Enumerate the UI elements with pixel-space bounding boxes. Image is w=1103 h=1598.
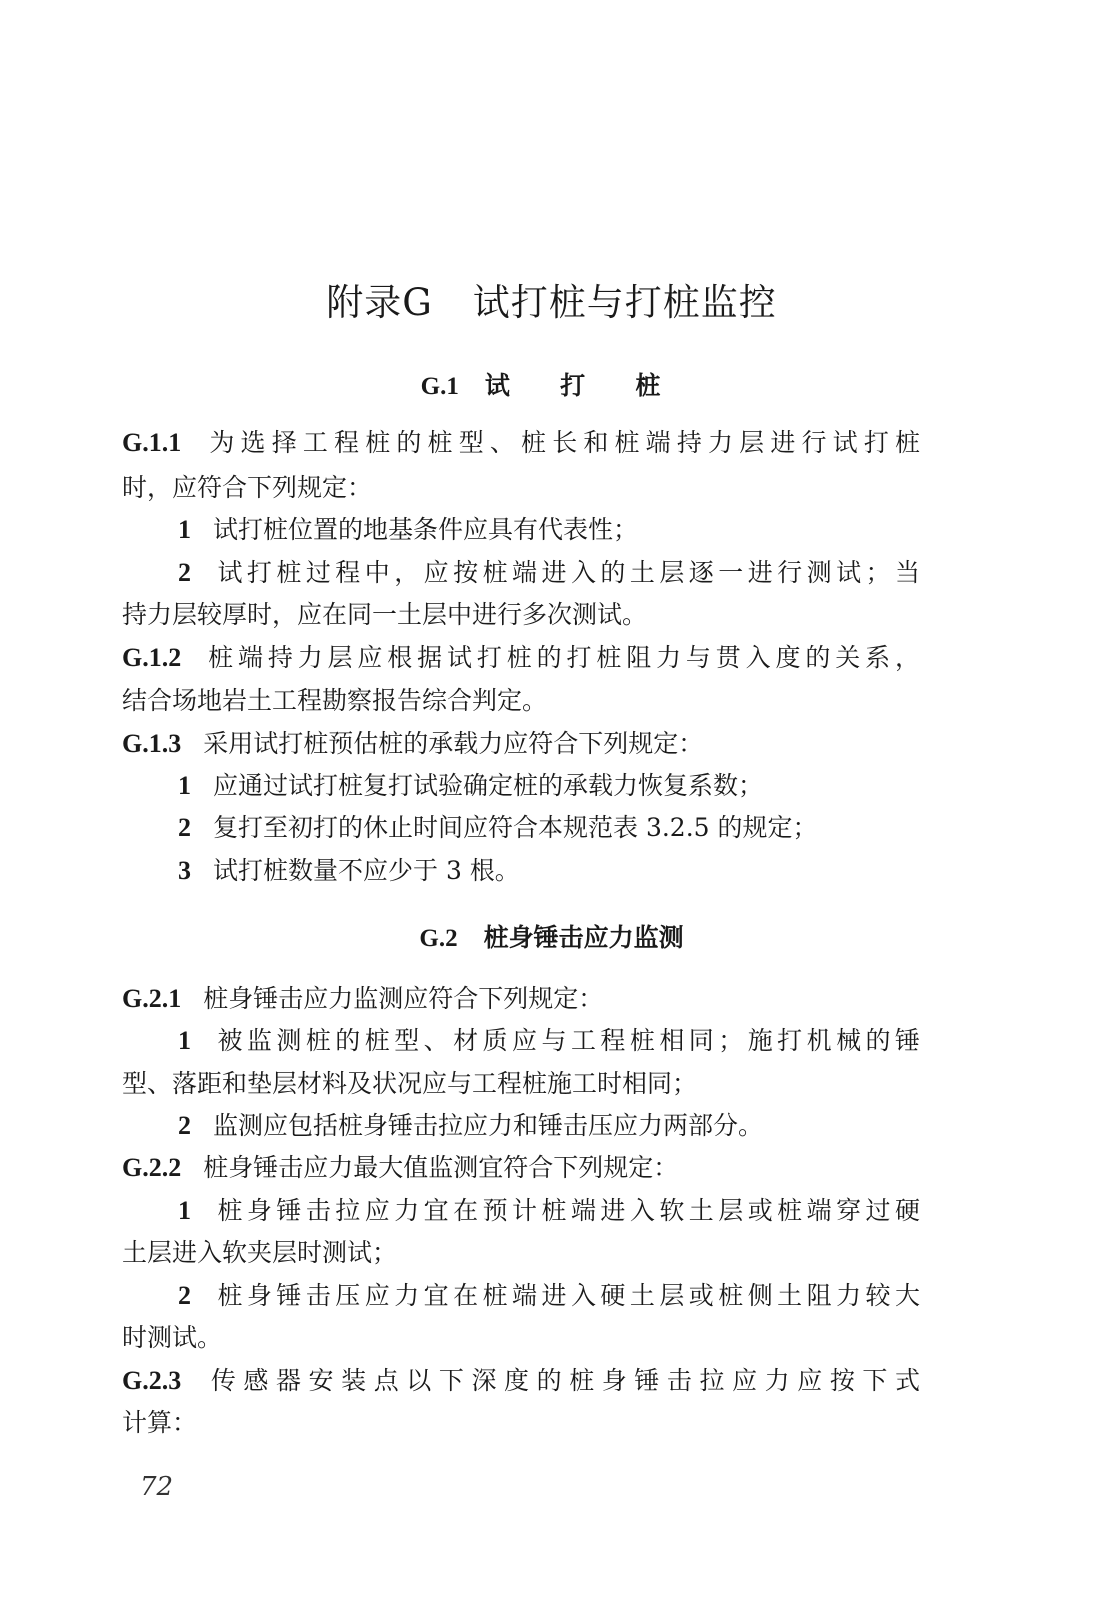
item-g1-1-2: 2试打桩过程中，应按桩端进入的土层逐一进行测试；当 — [178, 558, 920, 588]
clause-number: G.2.2 — [122, 1153, 181, 1182]
clause-g2-1: G.2.1桩身锤击应力监测应符合下列规定： — [122, 984, 922, 1014]
clause-text: 为选择工程桩的桩型、桩长和桩端持力层进行试打桩 — [203, 428, 920, 457]
item-number: 2 — [178, 1281, 191, 1310]
section-number: G.2 — [419, 925, 457, 952]
item-number: 2 — [178, 1111, 191, 1140]
item-g2-1-1-cont: 型、落距和垫层材料及状况应与工程桩施工时相同； — [122, 1069, 922, 1099]
clause-g2-2: G.2.2桩身锤击应力最大值监测宜符合下列规定： — [122, 1153, 922, 1183]
clause-number: G.2.3 — [122, 1366, 181, 1395]
page-number: 72 — [140, 1472, 173, 1502]
section-title-text: 试 打 桩 — [485, 373, 683, 400]
clause-text: 桩身锤击应力最大值监测宜符合下列规定： — [203, 1153, 678, 1182]
appendix-label: 附录G — [326, 281, 433, 324]
item-g1-3-1: 1应通过试打桩复打试验确定桩的承载力恢复系数； — [178, 771, 978, 801]
item-number: 2 — [178, 558, 191, 587]
item-g1-3-2: 2复打至初打的休止时间应符合本规范表 3.2.5 的规定； — [178, 813, 978, 843]
clause-g2-3-cont: 计算： — [122, 1408, 922, 1438]
item-text: 试打桩位置的地基条件应具有代表性； — [213, 515, 638, 544]
clause-text: 桩端持力层应根据试打桩的打桩阻力与贯入度的关系， — [203, 643, 920, 672]
item-g2-2-2: 2桩身锤击压应力宜在桩端进入硬土层或桩侧土阻力较大 — [178, 1281, 920, 1311]
clause-g1-2-cont: 结合场地岩土工程勘察报告综合判定。 — [122, 686, 922, 716]
item-text: 应通过试打桩复打试验确定桩的承载力恢复系数； — [213, 771, 763, 800]
item-text: 桩身锤击拉应力宜在预计桩端进入软土层或桩端穿过硬 — [213, 1196, 920, 1225]
clause-g2-3: G.2.3传感器安装点以下深度的桩身锤击拉应力应按下式 — [122, 1366, 920, 1396]
item-number: 1 — [178, 771, 191, 800]
clause-g1-1-cont: 时，应符合下列规定： — [122, 473, 922, 503]
item-text: 型、落距和垫层材料及状况应与工程桩施工时相同； — [122, 1069, 697, 1098]
clause-number: G.1.1 — [122, 428, 181, 457]
section-heading-g2: G.2桩身锤击应力监测 — [0, 918, 1103, 954]
item-text: 复打至初打的休止时间应符合本规范表 3.2.5 的规定； — [213, 813, 818, 842]
item-text: 试打桩数量不应少于 3 根。 — [213, 856, 520, 885]
item-g2-2-2-cont: 时测试。 — [122, 1323, 922, 1353]
item-g2-2-1-cont: 土层进入软夹层时测试； — [122, 1238, 922, 1268]
clause-g1-2: G.1.2桩端持力层应根据试打桩的打桩阻力与贯入度的关系， — [122, 643, 920, 673]
item-text: 被监测桩的桩型、材质应与工程桩相同；施打机械的锤 — [213, 1026, 920, 1055]
item-g2-1-1: 1被监测桩的桩型、材质应与工程桩相同；施打机械的锤 — [178, 1026, 920, 1056]
clause-number: G.1.3 — [122, 729, 181, 758]
item-number: 1 — [178, 1026, 191, 1055]
item-number: 1 — [178, 1196, 191, 1225]
item-g1-1-2-cont: 持力层较厚时，应在同一土层中进行多次测试。 — [122, 600, 922, 630]
item-text: 持力层较厚时，应在同一土层中进行多次测试。 — [122, 600, 647, 629]
item-g1-3-3: 3试打桩数量不应少于 3 根。 — [178, 856, 978, 886]
item-g2-2-1: 1桩身锤击拉应力宜在预计桩端进入软土层或桩端穿过硬 — [178, 1196, 920, 1226]
item-text: 试打桩过程中，应按桩端进入的土层逐一进行测试；当 — [213, 558, 920, 587]
clause-number: G.1.2 — [122, 643, 181, 672]
clause-text: 结合场地岩土工程勘察报告综合判定。 — [122, 686, 547, 715]
item-g2-1-2: 2监测应包括桩身锤击拉应力和锤击压应力两部分。 — [178, 1111, 978, 1141]
item-number: 1 — [178, 515, 191, 544]
clause-g1-3: G.1.3采用试打桩预估桩的承载力应符合下列规定： — [122, 729, 922, 759]
clause-text: 桩身锤击应力监测应符合下列规定： — [203, 984, 603, 1013]
section-heading-g1: G.1试 打 桩 — [0, 366, 1103, 402]
item-g1-1-1: 1试打桩位置的地基条件应具有代表性； — [178, 515, 978, 545]
clause-number: G.2.1 — [122, 984, 181, 1013]
item-number: 2 — [178, 813, 191, 842]
item-text: 时测试。 — [122, 1323, 222, 1352]
item-number: 3 — [178, 856, 191, 885]
item-text: 桩身锤击压应力宜在桩端进入硬土层或桩侧土阻力较大 — [213, 1281, 920, 1310]
clause-text: 计算： — [122, 1408, 197, 1437]
appendix-title: 试打桩与打桩监控 — [473, 281, 777, 324]
section-title-text: 桩身锤击应力监测 — [484, 925, 684, 952]
section-number: G.1 — [421, 373, 459, 400]
clause-text: 采用试打桩预估桩的承载力应符合下列规定： — [203, 729, 703, 758]
clause-text: 时，应符合下列规定： — [122, 473, 372, 502]
item-text: 土层进入软夹层时测试； — [122, 1238, 397, 1267]
clause-g1-1: G.1.1为选择工程桩的桩型、桩长和桩端持力层进行试打桩 — [122, 428, 920, 458]
item-text: 监测应包括桩身锤击拉应力和锤击压应力两部分。 — [213, 1111, 763, 1140]
clause-text: 传感器安装点以下深度的桩身锤击拉应力应按下式 — [203, 1366, 920, 1395]
page-title: 附录G试打桩与打桩监控 — [0, 272, 1103, 326]
